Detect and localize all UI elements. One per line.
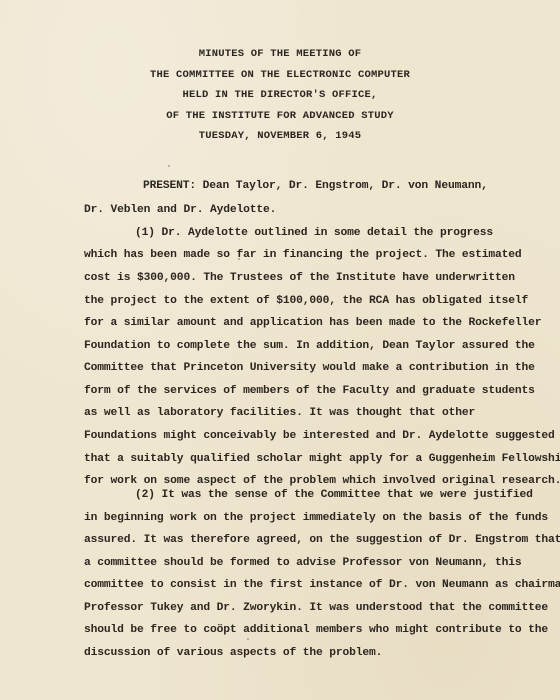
heading-line-date: TUESDAY, NOVEMBER 6, 1945 (0, 126, 560, 147)
paragraph-1-line: form of the services of members of the F… (84, 384, 535, 398)
paragraph-2-line: assured. It was therefore agreed, on the… (84, 533, 560, 547)
paragraph-1-line: for a similar amount and application has… (84, 316, 541, 330)
present-line-1: PRESENT: Dean Taylor, Dr. Engstrom, Dr. … (143, 179, 488, 193)
paragraph-2-line: (2) It was the sense of the Committee th… (135, 488, 533, 502)
paper-speck (238, 258, 240, 260)
heading-line-location: HELD IN THE DIRECTOR'S OFFICE, (0, 85, 560, 106)
document-page: MINUTES OF THE MEETING OF THE COMMITTEE … (0, 0, 560, 700)
paragraph-2-line: Professor Tukey and Dr. Zworykin. It was… (84, 601, 548, 615)
paragraph-2-line: in beginning work on the project immedia… (84, 511, 548, 525)
paragraph-2-line: a committee should be formed to advise P… (84, 556, 522, 570)
paper-speck (247, 638, 249, 640)
paragraph-1-line: which has been made so far in financing … (84, 248, 522, 262)
heading-line-institute: OF THE INSTITUTE FOR ADVANCED STUDY (0, 106, 560, 127)
paragraph-1-line: (1) Dr. Aydelotte outlined in some detai… (135, 226, 493, 240)
minutes-heading: MINUTES OF THE MEETING OF THE COMMITTEE … (0, 44, 560, 147)
paragraph-2-line: committee to consist in the first instan… (84, 578, 560, 592)
paragraph-1-line: Foundations might conceivably be interes… (84, 429, 555, 443)
paragraph-2-line: discussion of various aspects of the pro… (84, 646, 382, 660)
heading-line-title: MINUTES OF THE MEETING OF (0, 44, 560, 65)
paragraph-2-line: should be free to coöpt additional membe… (84, 623, 548, 637)
present-line-2: Dr. Veblen and Dr. Aydelotte. (84, 203, 276, 217)
paragraph-1-line: as well as laboratory facilities. It was… (84, 406, 475, 420)
paragraph-1-line: that a suitably qualified scholar might … (84, 452, 560, 466)
paragraph-1-line: the project to the extent of $100,000, t… (84, 294, 528, 308)
heading-line-committee: THE COMMITTEE ON THE ELECTRONIC COMPUTER (0, 65, 560, 86)
paragraph-1-line: for work on some aspect of the problem w… (84, 474, 560, 488)
paper-speck (338, 540, 340, 542)
paper-speck (168, 165, 170, 167)
paragraph-1-line: cost is $300,000. The Trustees of the In… (84, 271, 515, 285)
paragraph-1-line: Committee that Princeton University woul… (84, 361, 535, 375)
paragraph-1-line: Foundation to complete the sum. In addit… (84, 339, 535, 353)
